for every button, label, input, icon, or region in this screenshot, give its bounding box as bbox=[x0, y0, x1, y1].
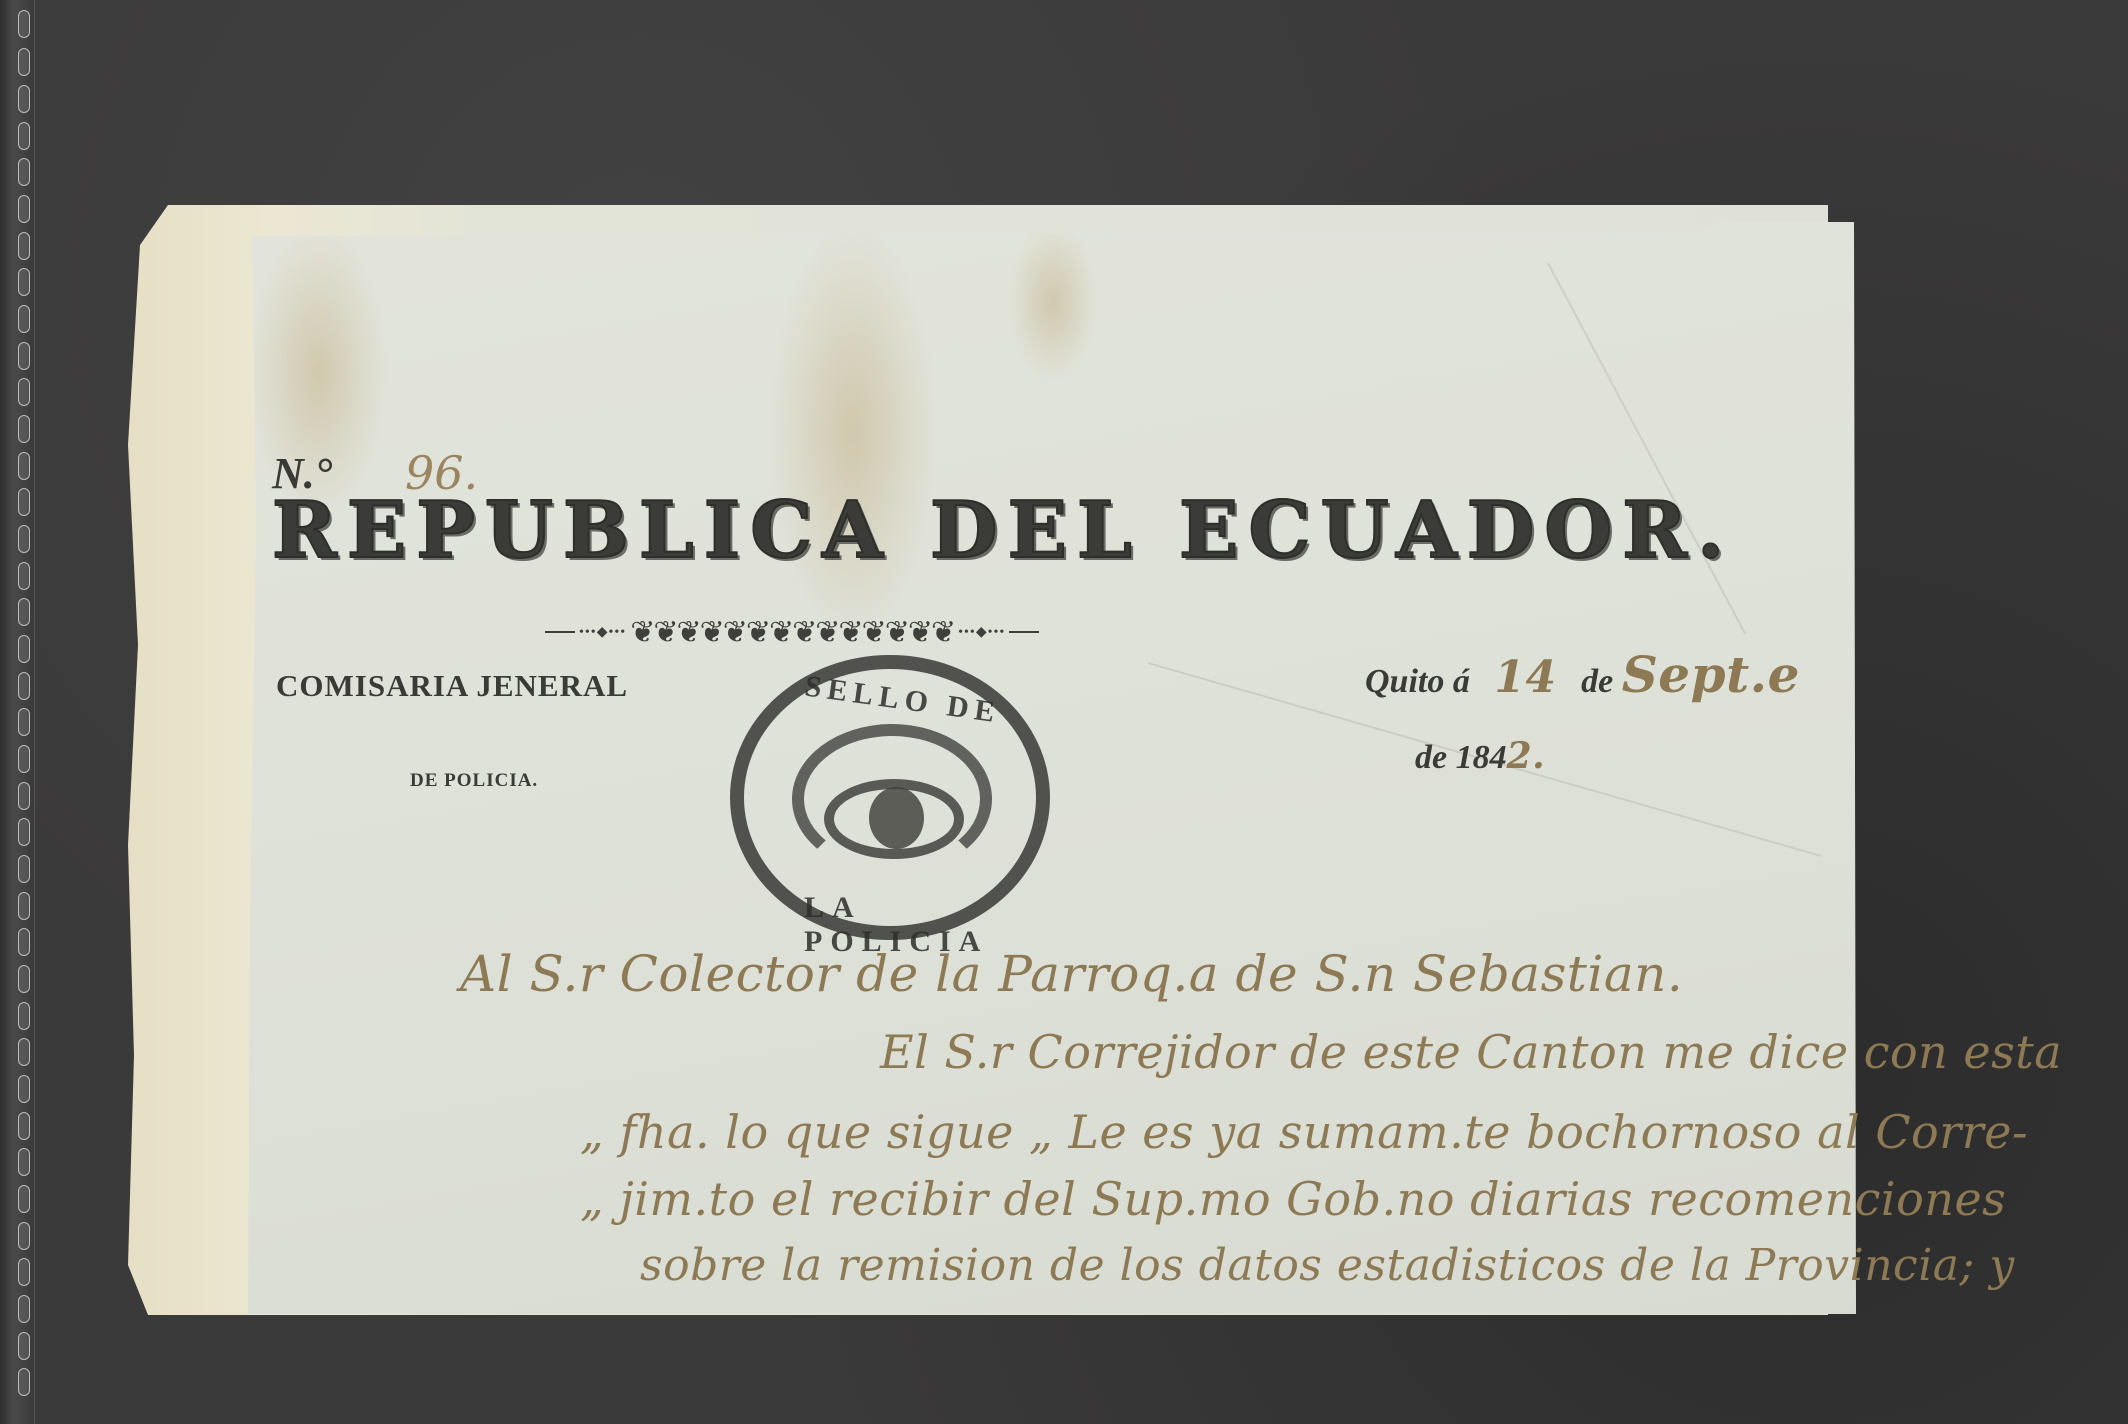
perforation bbox=[18, 10, 30, 38]
place-date-line: Quito á 14 de Sept.e bbox=[1365, 645, 1800, 704]
perforation bbox=[18, 268, 30, 296]
rule-line bbox=[545, 631, 575, 633]
perforation bbox=[18, 452, 30, 480]
perforation bbox=[18, 1075, 30, 1103]
rule-scrolls: ❦❦❦❦❦❦❦❦❦❦❦❦❦❦ bbox=[630, 615, 954, 650]
perforation bbox=[18, 635, 30, 663]
perforation bbox=[18, 378, 30, 406]
rule-dots-left: •••◆••• bbox=[579, 624, 626, 641]
perforation bbox=[18, 122, 30, 150]
year-handwritten-suffix: 2. bbox=[1507, 735, 1546, 777]
perforation bbox=[18, 928, 30, 956]
perforation bbox=[18, 1112, 30, 1140]
eye-pupil-icon bbox=[869, 787, 924, 849]
year-printed: de 184 bbox=[1415, 739, 1507, 776]
perforation bbox=[18, 782, 30, 810]
perforation bbox=[18, 562, 30, 590]
perforation bbox=[18, 1258, 30, 1286]
police-seal-stamp: SELLO DE LA POLICIA bbox=[730, 655, 1050, 940]
perforation bbox=[18, 342, 30, 370]
perforation bbox=[18, 855, 30, 883]
perforation bbox=[18, 158, 30, 186]
perforation bbox=[18, 1002, 30, 1030]
perforation bbox=[18, 48, 30, 76]
perforation bbox=[18, 85, 30, 113]
perforation bbox=[18, 232, 30, 260]
letter-address-line: Al S.r Colector de la Parroq.a de S.n Se… bbox=[460, 945, 1683, 1003]
letter-body-line: sobre la remision de los datos estadisti… bbox=[640, 1240, 2015, 1291]
perforation bbox=[18, 195, 30, 223]
letter-body-line: „ jim.to el recibir del Sup.mo Gob.no di… bbox=[580, 1172, 2006, 1226]
rule-dots-right: •••◆••• bbox=[958, 624, 1005, 641]
letter-body-line: El S.r Correjidor de este Canton me dice… bbox=[880, 1025, 2062, 1079]
perforation bbox=[18, 1038, 30, 1066]
perforation bbox=[18, 1368, 30, 1396]
letterhead-title: REPUBLICA DEL ECUADOR. bbox=[272, 492, 1734, 570]
perforation bbox=[18, 525, 30, 553]
perforation bbox=[18, 708, 30, 736]
date-place-printed: Quito á bbox=[1365, 663, 1470, 700]
date-de-printed: de bbox=[1581, 663, 1613, 700]
rule-line bbox=[1009, 631, 1039, 633]
perforation bbox=[18, 892, 30, 920]
date-month-handwritten: Sept.e bbox=[1622, 645, 1800, 704]
date-day-handwritten: 14 bbox=[1494, 652, 1556, 703]
fold-crease bbox=[1547, 263, 1746, 635]
stamp-top-text: SELLO DE bbox=[803, 669, 1003, 730]
perforation bbox=[18, 488, 30, 516]
perforation bbox=[18, 672, 30, 700]
ornamental-rule: •••◆••• ❦❦❦❦❦❦❦❦❦❦❦❦❦❦ •••◆••• bbox=[545, 612, 1430, 652]
water-stain bbox=[768, 222, 938, 642]
perforation bbox=[18, 1332, 30, 1360]
letter-body-line: „ fha. lo que sigue „ Le es ya sumam.te … bbox=[580, 1105, 2028, 1159]
perforation bbox=[18, 305, 30, 333]
perforation bbox=[18, 1222, 30, 1250]
perforation bbox=[18, 1185, 30, 1213]
perforation bbox=[18, 1295, 30, 1323]
binder-sleeve-edge bbox=[0, 0, 35, 1424]
water-stain bbox=[1008, 222, 1098, 382]
perforation bbox=[18, 745, 30, 773]
office-subtitle: DE POLICIA. bbox=[410, 770, 538, 792]
perforation bbox=[18, 1148, 30, 1176]
perforation bbox=[18, 818, 30, 846]
office-name: COMISARIA JENERAL bbox=[276, 668, 628, 704]
perforation bbox=[18, 598, 30, 626]
year-line: de 1842. bbox=[1415, 735, 1545, 777]
perforation bbox=[18, 415, 30, 443]
perforation bbox=[18, 965, 30, 993]
